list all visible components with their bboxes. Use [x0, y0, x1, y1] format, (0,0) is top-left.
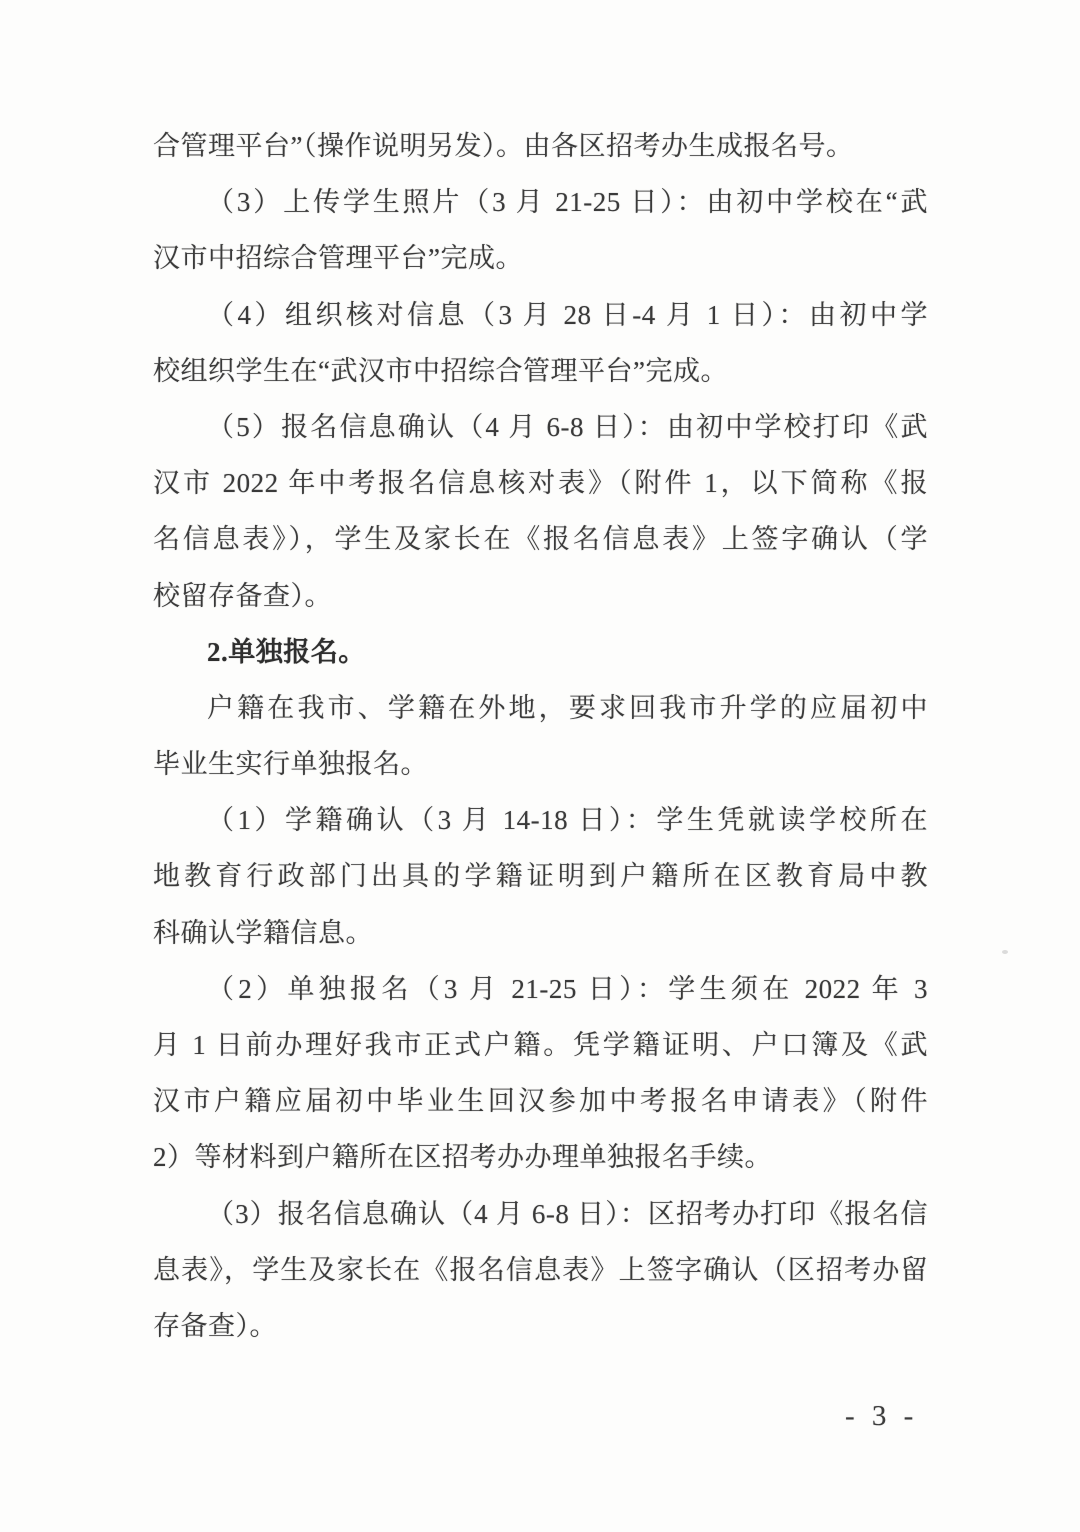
text-line: 合管理平台”（操作说明另发）。由各区招考办生成报名号。: [153, 118, 928, 174]
text-line: 汉市中招综合管理平台”完成。: [153, 230, 928, 286]
text-line: 存备查）。: [153, 1298, 928, 1354]
text-line: 毕业生实行单独报名。: [153, 736, 928, 792]
text-line: （4）组织核对信息（3 月 28 日-4 月 1 日）：由初中学: [153, 287, 928, 343]
text-line: 名信息表》），学生及家长在《报名信息表》上签字确认（学: [153, 511, 928, 567]
text-line: （2）单独报名（3 月 21-25 日）：学生须在 2022 年 3: [153, 961, 928, 1017]
text-line: 2）等材料到户籍所在区招考办办理单独报名手续。: [153, 1129, 928, 1185]
text-line: 校组织学生在“武汉市中招综合管理平台”完成。: [153, 343, 928, 399]
page-number: - 3 -: [845, 1400, 918, 1433]
text-line: （3）报名信息确认（4 月 6-8 日）：区招考办打印《报名信: [153, 1186, 928, 1242]
scanned-document-page: 合管理平台”（操作说明另发）。由各区招考办生成报名号。 （3）上传学生照片（3 …: [0, 0, 1080, 1532]
text-line: （5）报名信息确认（4 月 6-8 日）：由初中学校打印《武: [153, 399, 928, 455]
text-line: 地教育行政部门出具的学籍证明到户籍所在区教育局中教: [153, 848, 928, 904]
text-line: 息表》，学生及家长在《报名信息表》上签字确认（区招考办留: [153, 1242, 928, 1298]
text-line: 科确认学籍信息。: [153, 905, 928, 961]
text-line: 校留存备查）。: [153, 568, 928, 624]
text-line: 汉市 2022 年中考报名信息核对表》（附件 1，以下简称《报: [153, 455, 928, 511]
text-line: （3）上传学生照片（3 月 21-25 日）：由初中学校在“武: [153, 174, 928, 230]
text-line: 汉市户籍应届初中毕业生回汉参加中考报名申请表》（附件: [153, 1073, 928, 1129]
text-line: 户籍在我市、学籍在外地，要求回我市升学的应届初中: [153, 680, 928, 736]
scan-noise-speck: [750, 136, 755, 141]
section-heading: 2.单独报名。: [153, 624, 928, 680]
scan-noise-speck: [1002, 950, 1008, 954]
text-line: 月 1 日前办理好我市正式户籍。凭学籍证明、户口簿及《武: [153, 1017, 928, 1073]
document-text-block: 合管理平台”（操作说明另发）。由各区招考办生成报名号。 （3）上传学生照片（3 …: [153, 118, 928, 1354]
text-line: （1）学籍确认（3 月 14-18 日）：学生凭就读学校所在: [153, 792, 928, 848]
